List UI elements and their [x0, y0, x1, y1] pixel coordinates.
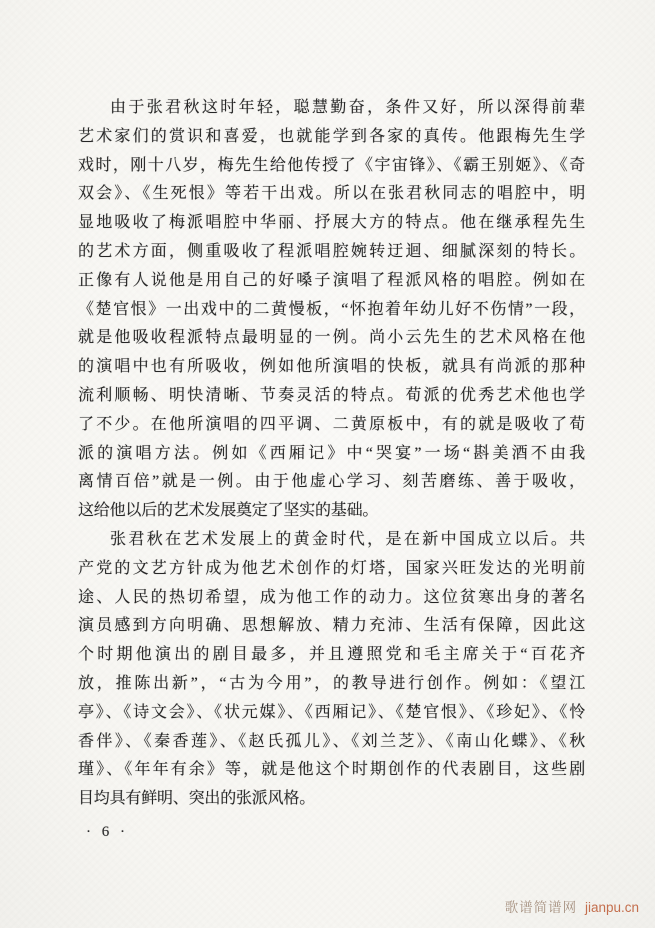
- text-line: 戏时，刚十八岁，梅先生给他传授了《宇宙锋》、《霸王别姬》、《奇: [78, 152, 585, 181]
- text-line: 艺术家们的赏识和喜爱，也就能学到各家的真传。他跟梅先生学: [78, 123, 585, 152]
- text-line: 《楚官恨》一出戏中的二黄慢板，“怀抱着年幼儿好不伤情”一段，: [78, 296, 585, 325]
- text-line: 途、人民的热切希望，成为他工作的动力。这位贫寒出身的著名: [78, 584, 585, 613]
- text-line: 由于张君秋这时年轻，聪慧勤奋，条件又好，所以深得前辈: [78, 94, 585, 123]
- text-line: 正像有人说他是用自己的好嗓子演唱了程派风格的唱腔。例如在: [78, 267, 585, 296]
- text-line: 张君秋在艺术发展上的黄金时代，是在新中国成立以后。共: [78, 526, 585, 555]
- text-line: 目均具有鲜明、突出的张派风格。: [78, 785, 585, 814]
- text-line: 香伴》、《秦香莲》、《赵氏孤儿》、《刘兰芝》、《南山化蝶》、《秋: [78, 728, 585, 757]
- scanned-book-page: 由于张君秋这时年轻，聪慧勤奋，条件又好，所以深得前辈 艺术家们的赏识和喜爱，也就…: [0, 0, 655, 928]
- watermark-site-name: 歌谱简谱网: [505, 900, 578, 915]
- watermark-site-domain: jianpu.cn: [585, 900, 639, 915]
- text-line: 亭》、《诗文会》、《状元媒》、《西厢记》、《楚官恨》、《珍妃》、《怜: [78, 699, 585, 728]
- text-line: 这给他以后的艺术发展奠定了坚实的基础。: [78, 497, 585, 526]
- text-line: 了不少。在他所演唱的四平调、二黄原板中，有的就是吸收了荀: [78, 411, 585, 440]
- text-line: 的艺术方面，侧重吸收了程派唱腔婉转迂迴、细腻深刻的特长。: [78, 238, 585, 267]
- watermark: 歌谱简谱网 jianpu.cn: [505, 896, 639, 916]
- text-line: 离情百倍”就是一例。由于他虚心学习、刻苦磨练、善于吸收，: [78, 468, 585, 497]
- text-line: 派的演唱方法。例如《西厢记》中“哭宴”一场“斟美酒不由我: [78, 440, 585, 469]
- text-line: 的演唱中也有所吸收，例如他所演唱的快板，就具有尚派的那种: [78, 353, 585, 382]
- text-line: 就是他吸收程派特点最明显的一例。尚小云先生的艺术风格在他: [78, 324, 585, 353]
- text-line: 瑾》、《年年有余》等，就是他这个时期创作的代表剧目，这些剧: [78, 756, 585, 785]
- text-line: 放，推陈出新”，“古为今用”，的教导进行创作。例如：《望江: [78, 670, 585, 699]
- text-line: 演员感到方向明确、思想解放、精力充沛、生活有保障，因此这: [78, 612, 585, 641]
- text-line: 流利顺畅、明快清晰、节奏灵活的特点。荀派的优秀艺术他也学: [78, 382, 585, 411]
- body-text: 由于张君秋这时年轻，聪慧勤奋，条件又好，所以深得前辈 艺术家们的赏识和喜爱，也就…: [78, 94, 585, 814]
- text-line: 显地吸收了梅派唱腔中华丽、抒展大方的特点。他在继承程先生: [78, 209, 585, 238]
- text-line: 双会》、《生死恨》等若干出戏。所以在张君秋同志的唱腔中，明: [78, 180, 585, 209]
- text-line: 个时期他演出的剧目最多，并且遵照党和毛主席关于“百花齐: [78, 641, 585, 670]
- page-number: · 6 ·: [86, 824, 125, 841]
- text-line: 产党的文艺方针成为他艺术创作的灯塔，国家兴旺发达的光明前: [78, 555, 585, 584]
